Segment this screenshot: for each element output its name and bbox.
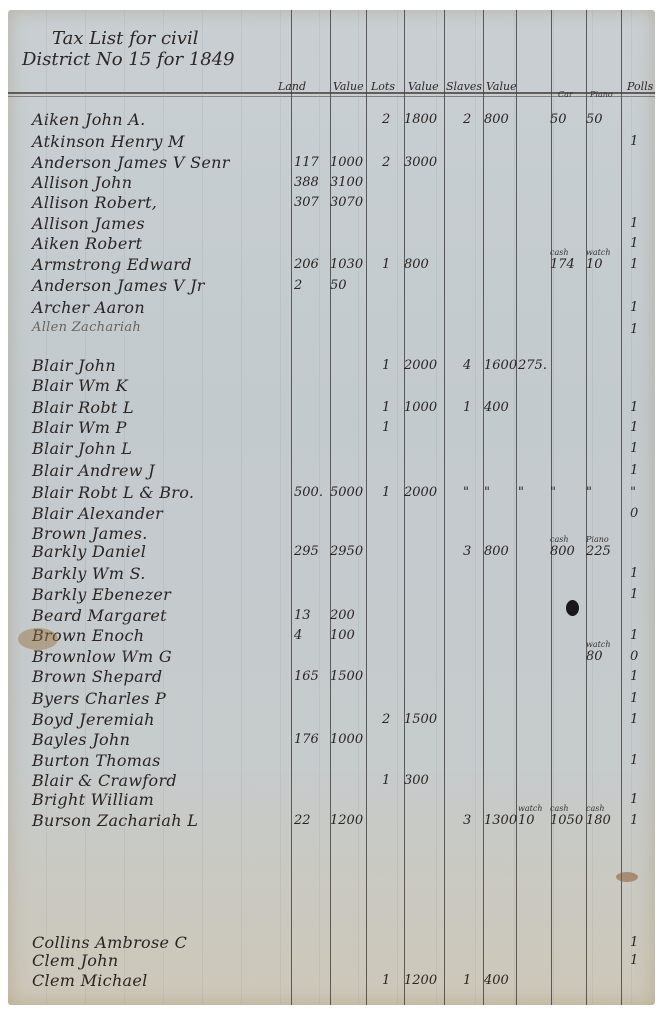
- cell-slaves-value: 800: [484, 544, 509, 559]
- table-row: Barkly Wm S.1: [8, 564, 655, 584]
- table-row: Allison John3883100: [8, 173, 655, 193]
- cell-land: 165: [294, 669, 319, 684]
- cell-extra1: 174: [550, 257, 575, 272]
- cell-polls: 1: [630, 669, 638, 684]
- cell-extra0: 10: [518, 813, 535, 828]
- table-row: Blair Wm P11: [8, 418, 655, 438]
- cell-land: 206: [294, 257, 319, 272]
- cell-slaves-value: 400: [484, 973, 509, 988]
- cell-slaves: 1: [463, 400, 471, 415]
- cell-land-value: 100: [330, 628, 355, 643]
- cell-land-value: 1500: [330, 669, 363, 684]
- column-header-polls: Polls: [627, 80, 653, 93]
- cell-polls: 1: [630, 463, 638, 478]
- table-row: Anderson James V Jr250: [8, 276, 655, 296]
- cell-lots: 1: [382, 257, 390, 272]
- table-row: Blair John1200041600275.: [8, 356, 655, 376]
- cell-land-value: 50: [330, 278, 347, 293]
- cell-slaves: ": [463, 485, 469, 500]
- taxpayer-name: Blair John: [32, 356, 116, 375]
- cell-land-value: 200: [330, 608, 355, 623]
- stain: [616, 872, 638, 882]
- cell-slaves: 2: [463, 112, 471, 127]
- table-row: Blair Wm K: [8, 376, 655, 396]
- taxpayer-name: Atkinson Henry M: [32, 132, 185, 151]
- taxpayer-name: Allen Zachariah: [32, 320, 141, 335]
- cell-land: 2: [294, 278, 302, 293]
- cell-polls: 1: [630, 300, 638, 315]
- taxpayer-name: Blair Wm K: [32, 376, 128, 395]
- cell-polls: 1: [630, 420, 638, 435]
- cell-land-value: 5000: [330, 485, 363, 500]
- table-row: Barkly Ebenezer1: [8, 585, 655, 605]
- cell-polls: 1: [630, 753, 638, 768]
- cell-annotation: watch: [518, 804, 542, 813]
- taxpayer-name: Barkly Wm S.: [32, 564, 146, 583]
- taxpayer-name: Blair Wm P: [32, 418, 127, 437]
- taxpayer-name: Collins Ambrose C: [32, 933, 187, 952]
- cell-polls: 1: [630, 792, 638, 807]
- table-row: Allison Robert,3073070: [8, 193, 655, 213]
- cell-land-value: 2950: [330, 544, 363, 559]
- cell-polls: ": [630, 485, 636, 500]
- cell-annotation: cash: [550, 535, 569, 544]
- cell-extra1: 50: [550, 112, 567, 127]
- table-row: Blair Alexander0: [8, 504, 655, 524]
- column-header-lots-value: Value: [408, 80, 439, 93]
- cell-extra1: 1050: [550, 813, 583, 828]
- cell-annotation: cash: [586, 804, 605, 813]
- cell-lots: 1: [382, 773, 390, 788]
- taxpayer-name: Brown James.: [32, 524, 148, 543]
- cell-slaves: 4: [463, 358, 471, 373]
- taxpayer-name: Blair Andrew J: [32, 461, 155, 480]
- table-row: Aiken John A.2180028005050: [8, 110, 655, 130]
- cell-polls: 1: [630, 216, 638, 231]
- cell-polls: 1: [630, 587, 638, 602]
- cell-polls: 1: [630, 134, 638, 149]
- cell-polls: 1: [630, 712, 638, 727]
- cell-annotation: watch: [586, 640, 610, 649]
- table-row: Bayles John1761000: [8, 730, 655, 750]
- taxpayer-name: Blair Robt L & Bro.: [32, 483, 194, 502]
- cell-land: 295: [294, 544, 319, 559]
- cell-land: 388: [294, 175, 319, 190]
- table-row: Beard Margaret13200: [8, 606, 655, 626]
- cell-land: 4: [294, 628, 302, 643]
- cell-land: 176: [294, 732, 319, 747]
- cell-slaves-value: 1600: [484, 358, 517, 373]
- table-row: Burson Zachariah L2212003130010watch1050…: [8, 811, 655, 831]
- cell-land: 22: [294, 813, 311, 828]
- cell-polls: 1: [630, 257, 638, 272]
- cell-polls: 1: [630, 691, 638, 706]
- cell-slaves-value: 400: [484, 400, 509, 415]
- taxpayer-name: Beard Margaret: [32, 606, 167, 625]
- taxpayer-name: Aiken John A.: [32, 110, 146, 129]
- taxpayer-name: Byers Charles P: [32, 689, 166, 708]
- cell-annotation: watch: [586, 248, 610, 257]
- cell-land: 13: [294, 608, 311, 623]
- cell-extra2: 180: [586, 813, 611, 828]
- cell-extra2: 225: [586, 544, 611, 559]
- cell-extra2: ": [586, 485, 592, 500]
- taxpayer-name: Boyd Jeremiah: [32, 710, 155, 729]
- cell-land-value: 3070: [330, 195, 363, 210]
- taxpayer-name: Blair Robt L: [32, 398, 134, 417]
- cell-polls: 1: [630, 566, 638, 581]
- taxpayer-name: Brownlow Wm G: [32, 647, 172, 666]
- cell-land-value: 1000: [330, 732, 363, 747]
- cell-slaves: 1: [463, 973, 471, 988]
- cell-annotation: cash: [550, 804, 569, 813]
- table-row: Burton Thomas1: [8, 751, 655, 771]
- taxpayer-name: Barkly Daniel: [32, 542, 146, 561]
- ink-blot: [566, 600, 579, 616]
- taxpayer-name: Blair & Crawford: [32, 771, 177, 790]
- cell-lots: 2: [382, 155, 390, 170]
- taxpayer-name: Blair Alexander: [32, 504, 163, 523]
- cell-lots-value: 300: [404, 773, 429, 788]
- taxpayer-name: Bright William: [32, 790, 154, 809]
- cell-slaves-value: 800: [484, 112, 509, 127]
- title-line-2: District No 15 for 1849: [22, 49, 292, 70]
- table-row: Allison James1: [8, 214, 655, 234]
- cell-lots: 1: [382, 400, 390, 415]
- cell-polls: 0: [630, 506, 638, 521]
- column-header-lots: Lots: [371, 80, 395, 93]
- cell-extra2: 50: [586, 112, 603, 127]
- cell-lots-value: 1500: [404, 712, 437, 727]
- taxpayer-name: Armstrong Edward: [32, 255, 192, 274]
- taxpayer-name: Clem Michael: [32, 971, 148, 990]
- table-row: Blair Andrew J1: [8, 461, 655, 481]
- table-row: Blair Robt L1100014001: [8, 398, 655, 418]
- table-row: Archer Aaron1: [8, 298, 655, 318]
- cell-lots-value: 1200: [404, 973, 437, 988]
- cell-polls: 1: [630, 953, 638, 968]
- cell-annotation: Piano: [586, 535, 609, 544]
- cell-polls: 1: [630, 813, 638, 828]
- cell-slaves-value: 1300: [484, 813, 517, 828]
- cell-lots: 1: [382, 358, 390, 373]
- table-row: Boyd Jeremiah215001: [8, 710, 655, 730]
- cell-lots-value: 2000: [404, 485, 437, 500]
- cell-polls: 1: [630, 400, 638, 415]
- cell-land-value: 1200: [330, 813, 363, 828]
- table-row: Collins Ambrose C1: [8, 933, 655, 953]
- taxpayer-name: Allison John: [32, 173, 132, 192]
- table-row: Armstrong Edward20610301800174cash10watc…: [8, 255, 655, 275]
- cell-extra0: 275.: [518, 358, 547, 373]
- cell-annotation: cash: [550, 248, 569, 257]
- taxpayer-name: Aiken Robert: [32, 234, 142, 253]
- table-row: Blair Robt L & Bro.500.500012000"""""": [8, 483, 655, 503]
- table-row: Brown Shepard16515001: [8, 667, 655, 687]
- taxpayer-name: Brown Shepard: [32, 667, 162, 686]
- cell-land: 500.: [294, 485, 323, 500]
- cell-slaves: 3: [463, 544, 471, 559]
- cell-extra1: 800: [550, 544, 575, 559]
- table-row: Brownlow Wm G80watch0: [8, 647, 655, 667]
- column-header-slaves: Slaves: [446, 80, 482, 93]
- cell-polls: 0: [630, 649, 638, 664]
- table-row: Byers Charles P1: [8, 689, 655, 709]
- cell-lots: 1: [382, 485, 390, 500]
- taxpayer-name: Allison James: [32, 214, 145, 233]
- cell-land-value: 1030: [330, 257, 363, 272]
- taxpayer-name: Barkly Ebenezer: [32, 585, 171, 604]
- cell-extra2: 10: [586, 257, 603, 272]
- cell-lots: 2: [382, 112, 390, 127]
- cell-polls: 1: [630, 935, 638, 950]
- cell-slaves-value: ": [484, 485, 490, 500]
- cell-extra0: ": [518, 485, 524, 500]
- cell-extra2: 80: [586, 649, 603, 664]
- cell-slaves: 3: [463, 813, 471, 828]
- column-header-land-value: Value: [333, 80, 364, 93]
- table-row: Blair John L1: [8, 439, 655, 459]
- table-row: Clem John1: [8, 951, 655, 971]
- cell-land-value: 3100: [330, 175, 363, 190]
- table-row: Anderson James V Senr117100023000: [8, 153, 655, 173]
- cell-lots: 1: [382, 973, 390, 988]
- table-row: Clem Michael112001400: [8, 971, 655, 991]
- tax-list-page: Tax List for civil District No 15 for 18…: [8, 10, 655, 1005]
- column-header-slaves-value: Value: [486, 80, 517, 93]
- taxpayer-name: Bayles John: [32, 730, 130, 749]
- table-row: Blair & Crawford1300: [8, 771, 655, 791]
- cell-lots-value: 2000: [404, 358, 437, 373]
- stain: [18, 628, 58, 650]
- cell-polls: 1: [630, 441, 638, 456]
- header-note-car: Car: [558, 90, 573, 99]
- header-note-piano: Piano: [590, 90, 613, 99]
- cell-lots: 2: [382, 712, 390, 727]
- cell-polls: 1: [630, 236, 638, 251]
- cell-lots: 1: [382, 420, 390, 435]
- cell-lots-value: 800: [404, 257, 429, 272]
- taxpayer-name: Burton Thomas: [32, 751, 161, 770]
- cell-land: 117: [294, 155, 319, 170]
- cell-lots-value: 3000: [404, 155, 437, 170]
- taxpayer-name: Blair John L: [32, 439, 132, 458]
- taxpayer-name: Archer Aaron: [32, 298, 145, 317]
- taxpayer-name: Anderson James V Senr: [32, 153, 230, 172]
- taxpayer-name: Allison Robert,: [32, 193, 157, 212]
- cell-lots-value: 1800: [404, 112, 437, 127]
- page-title: Tax List for civil District No 15 for 18…: [22, 28, 292, 70]
- cell-land-value: 1000: [330, 155, 363, 170]
- table-row: Brown Enoch41001: [8, 626, 655, 646]
- taxpayer-name: Burson Zachariah L: [32, 811, 198, 830]
- taxpayer-name: Clem John: [32, 951, 118, 970]
- table-row: Barkly Daniel29529503800800cash225Piano: [8, 542, 655, 562]
- taxpayer-name: Anderson James V Jr: [32, 276, 205, 295]
- cell-extra1: ": [550, 485, 556, 500]
- column-header-land: Land: [278, 80, 306, 93]
- cell-polls: 1: [630, 322, 638, 337]
- table-row: Allen Zachariah1: [8, 320, 655, 340]
- title-line-1: Tax List for civil: [22, 28, 292, 49]
- cell-polls: 1: [630, 628, 638, 643]
- cell-lots-value: 1000: [404, 400, 437, 415]
- cell-land: 307: [294, 195, 319, 210]
- table-row: Atkinson Henry M1: [8, 132, 655, 152]
